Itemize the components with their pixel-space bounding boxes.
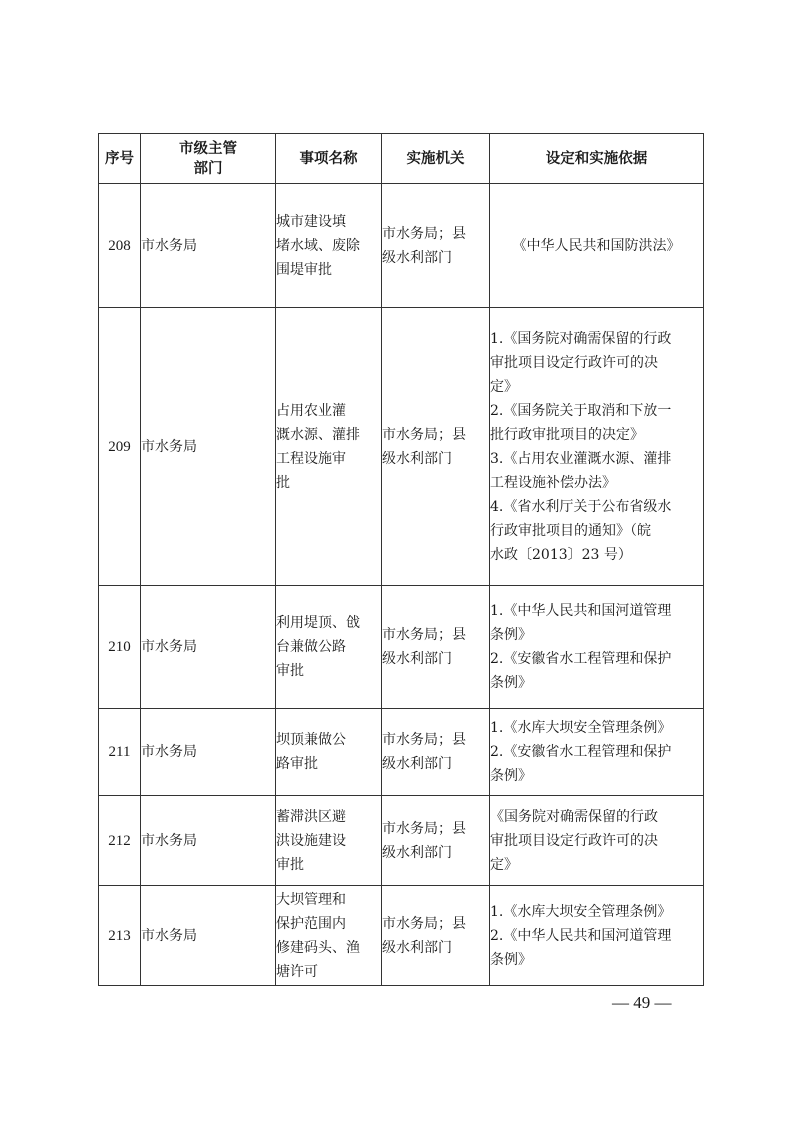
basis-line: 2.《国务院关于取消和下放一	[490, 399, 703, 423]
basis-line: 《中华人民共和国防洪法》	[490, 234, 703, 258]
org-line: 级水利部门	[382, 841, 489, 865]
row-org: 市水务局；县 级水利部门	[382, 184, 490, 308]
row-item: 占用农业灌 溉水源、灌排 工程设施审 批	[276, 308, 382, 586]
row-org: 市水务局；县 级水利部门	[382, 796, 490, 886]
header-dept: 市级主管 部门	[141, 134, 276, 184]
row-dept: 市水务局	[141, 308, 276, 586]
row-seq: 213	[99, 886, 141, 986]
basis-line: 条例》	[490, 948, 703, 972]
basis-line: 《国务院对确需保留的行政	[490, 805, 703, 829]
row-dept: 市水务局	[141, 184, 276, 308]
org-line: 市水务局；县	[382, 222, 489, 246]
org-line: 市水务局；县	[382, 423, 489, 447]
row-item: 蓄滞洪区避 洪设施建设 审批	[276, 796, 382, 886]
header-seq: 序号	[99, 134, 141, 184]
row-seq: 210	[99, 586, 141, 709]
org-line: 市水务局；县	[382, 817, 489, 841]
table-row: 210 市水务局 利用堤顶、戗 台兼做公路 审批 市水务局；县 级水利部门 1.…	[99, 586, 704, 709]
basis-line: 2.《安徽省水工程管理和保护	[490, 740, 703, 764]
item-line: 溉水源、灌排	[276, 423, 381, 447]
basis-line: 审批项目设定行政许可的决	[490, 351, 703, 375]
header-dept-line2: 部门	[141, 159, 275, 179]
item-line: 批	[276, 471, 381, 495]
page-number: — 49 —	[612, 993, 672, 1013]
basis-line: 条例》	[490, 671, 703, 695]
item-line: 蓄滞洪区避	[276, 805, 381, 829]
basis-line: 1.《水库大坝安全管理条例》	[490, 716, 703, 740]
basis-line: 1.《国务院对确需保留的行政	[490, 327, 703, 351]
row-basis: 1.《中华人民共和国河道管理 条例》 2.《安徽省水工程管理和保护 条例》	[490, 586, 704, 709]
basis-line: 条例》	[490, 764, 703, 788]
basis-line: 4.《省水利厅关于公布省级水	[490, 495, 703, 519]
basis-line: 2.《中华人民共和国河道管理	[490, 924, 703, 948]
item-line: 洪设施建设	[276, 829, 381, 853]
item-line: 审批	[276, 659, 381, 683]
row-seq: 208	[99, 184, 141, 308]
basis-line: 定》	[490, 853, 703, 877]
basis-line: 3.《占用农业灌溉水源、灌排	[490, 447, 703, 471]
row-seq: 212	[99, 796, 141, 886]
org-line: 级水利部门	[382, 447, 489, 471]
table-header-row: 序号 市级主管 部门 事项名称 实施机关 设定和实施依据	[99, 134, 704, 184]
basis-line: 工程设施补偿办法》	[490, 471, 703, 495]
org-line: 级水利部门	[382, 246, 489, 270]
org-line: 市水务局；县	[382, 728, 489, 752]
table-row: 213 市水务局 大坝管理和 保护范围内 修建码头、渔 塘许可 市水务局；县 级…	[99, 886, 704, 986]
item-line: 利用堤顶、戗	[276, 611, 381, 635]
row-dept: 市水务局	[141, 586, 276, 709]
row-dept: 市水务局	[141, 796, 276, 886]
header-dept-line1: 市级主管	[141, 139, 275, 159]
row-item: 坝顶兼做公 路审批	[276, 709, 382, 796]
approval-items-table: 序号 市级主管 部门 事项名称 实施机关 设定和实施依据 208 市水务局 城市…	[98, 133, 704, 986]
item-line: 堵水域、废除	[276, 234, 381, 258]
basis-line: 1.《水库大坝安全管理条例》	[490, 900, 703, 924]
row-seq: 211	[99, 709, 141, 796]
header-item: 事项名称	[276, 134, 382, 184]
row-basis: 1.《水库大坝安全管理条例》 2.《安徽省水工程管理和保护 条例》	[490, 709, 704, 796]
row-basis: 《国务院对确需保留的行政 审批项目设定行政许可的决 定》	[490, 796, 704, 886]
table-row: 208 市水务局 城市建设填 堵水域、废除 围堤审批 市水务局；县 级水利部门 …	[99, 184, 704, 308]
basis-line: 审批项目设定行政许可的决	[490, 829, 703, 853]
header-basis: 设定和实施依据	[490, 134, 704, 184]
row-org: 市水务局；县 级水利部门	[382, 886, 490, 986]
basis-line: 批行政审批项目的决定》	[490, 423, 703, 447]
item-line: 保护范围内	[276, 912, 381, 936]
item-line: 占用农业灌	[276, 399, 381, 423]
row-item: 利用堤顶、戗 台兼做公路 审批	[276, 586, 382, 709]
table-row: 212 市水务局 蓄滞洪区避 洪设施建设 审批 市水务局；县 级水利部门 《国务…	[99, 796, 704, 886]
row-item: 城市建设填 堵水域、废除 围堤审批	[276, 184, 382, 308]
row-org: 市水务局；县 级水利部门	[382, 709, 490, 796]
item-line: 修建码头、渔	[276, 936, 381, 960]
row-item: 大坝管理和 保护范围内 修建码头、渔 塘许可	[276, 886, 382, 986]
item-line: 围堤审批	[276, 258, 381, 282]
item-line: 台兼做公路	[276, 635, 381, 659]
basis-line: 水政〔2013〕23 号）	[490, 543, 703, 567]
row-org: 市水务局；县 级水利部门	[382, 308, 490, 586]
item-line: 坝顶兼做公	[276, 728, 381, 752]
org-line: 级水利部门	[382, 647, 489, 671]
table-row: 209 市水务局 占用农业灌 溉水源、灌排 工程设施审 批 市水务局；县 级水利…	[99, 308, 704, 586]
row-org: 市水务局；县 级水利部门	[382, 586, 490, 709]
org-line: 市水务局；县	[382, 623, 489, 647]
basis-line: 行政审批项目的通知》（皖	[490, 519, 703, 543]
basis-line: 条例》	[490, 623, 703, 647]
row-basis: 《中华人民共和国防洪法》	[490, 184, 704, 308]
org-line: 级水利部门	[382, 936, 489, 960]
row-dept: 市水务局	[141, 886, 276, 986]
item-line: 城市建设填	[276, 210, 381, 234]
org-line: 级水利部门	[382, 752, 489, 776]
row-dept: 市水务局	[141, 709, 276, 796]
item-line: 工程设施审	[276, 447, 381, 471]
item-line: 路审批	[276, 752, 381, 776]
header-org: 实施机关	[382, 134, 490, 184]
item-line: 审批	[276, 853, 381, 877]
basis-line: 2.《安徽省水工程管理和保护	[490, 647, 703, 671]
item-line: 塘许可	[276, 960, 381, 984]
row-seq: 209	[99, 308, 141, 586]
row-basis: 1.《国务院对确需保留的行政 审批项目设定行政许可的决 定》 2.《国务院关于取…	[490, 308, 704, 586]
item-line: 大坝管理和	[276, 888, 381, 912]
basis-line: 1.《中华人民共和国河道管理	[490, 599, 703, 623]
basis-line: 定》	[490, 375, 703, 399]
row-basis: 1.《水库大坝安全管理条例》 2.《中华人民共和国河道管理 条例》	[490, 886, 704, 986]
org-line: 市水务局；县	[382, 912, 489, 936]
table-row: 211 市水务局 坝顶兼做公 路审批 市水务局；县 级水利部门 1.《水库大坝安…	[99, 709, 704, 796]
